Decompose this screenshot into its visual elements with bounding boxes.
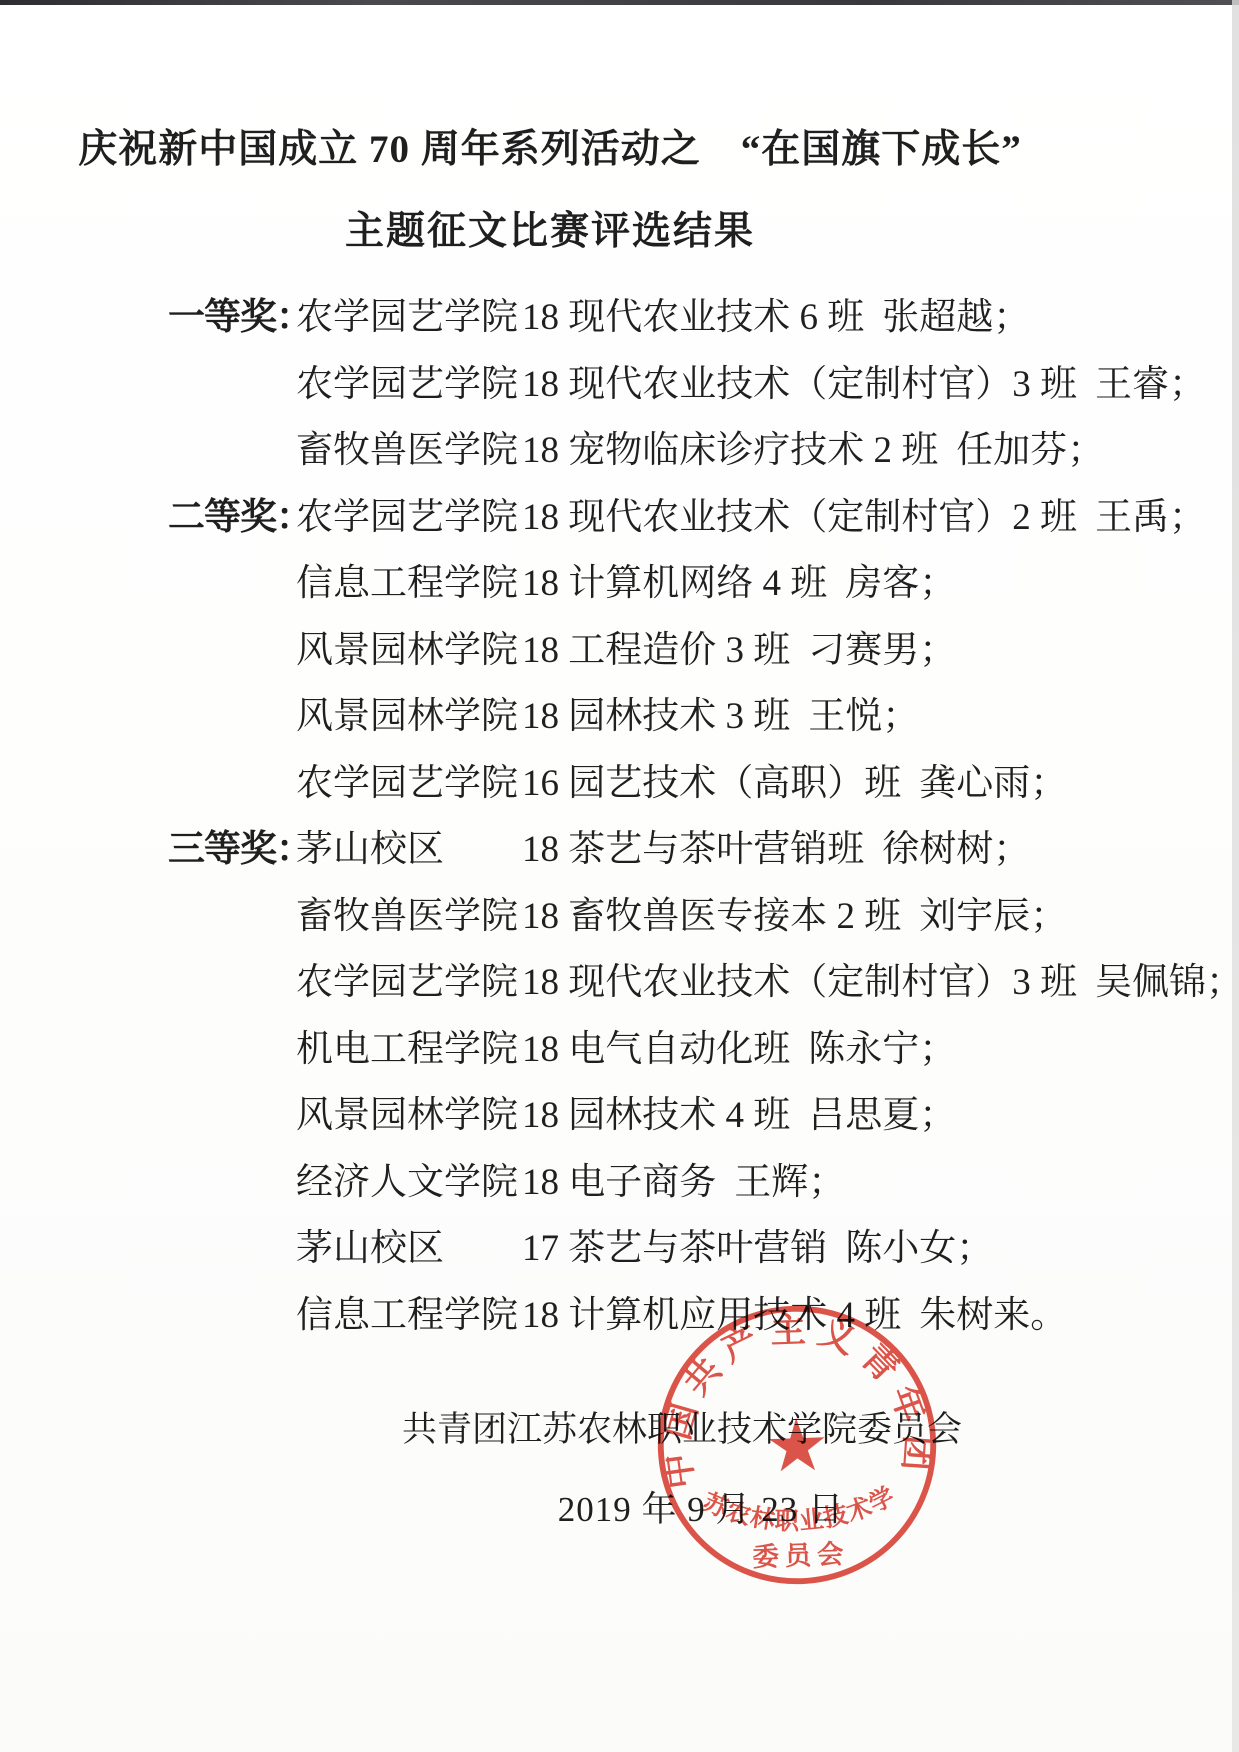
college-name: 农学园艺学院 [296,951,522,1005]
class-detail: 18 工程造价 3 班 [522,619,790,673]
class-detail: 18 电气自动化班 [522,1018,790,1072]
class-detail: 18 园林技术 3 班 [522,685,790,739]
student-name: 刁赛男； [808,619,956,673]
college-name: 信息工程学院 [296,1284,522,1338]
student-name: 陈永宁； [808,1018,956,1072]
student-name: 王悦； [808,685,919,739]
college-name: 经济人文学院 [296,1151,522,1205]
class-detail: 17 茶艺与茶叶营销 [522,1217,827,1271]
results-list: 一等奖： 农学园艺学院 18 现代农业技术 6 班 张超越； 农学园艺学院 18… [0,280,1239,1344]
result-row: 一等奖： 农学园艺学院 18 现代农业技术 6 班 张超越； [168,280,1239,347]
student-name: 龚心雨； [919,752,1067,806]
class-detail: 18 园林技术 4 班 [522,1084,790,1138]
result-row: 经济人文学院 18 电子商务 王辉； [168,1145,1239,1212]
document-title-line1: 庆祝新中国成立 70 周年系列活动之 “在国旗下成长” [0,118,1100,174]
result-row: 畜牧兽医学院 18 畜牧兽医专接本 2 班 刘宇辰； [168,879,1239,946]
star-icon: ★ [763,1404,831,1487]
college-name: 农学园艺学院 [296,486,522,540]
award-rank-label: 二等奖： [168,486,296,540]
college-name: 茅山校区 [296,1217,522,1271]
student-name: 吕思夏； [808,1084,956,1138]
result-row: 三等奖： 茅山校区 18 茶艺与茶叶营销班 徐树树； [168,812,1239,879]
result-row: 畜牧兽医学院 18 宠物临床诊疗技术 2 班 任加芬； [168,413,1239,480]
student-name: 王禹； [1095,486,1206,540]
result-row: 风景园林学院 18 园林技术 3 班 王悦； [168,679,1239,746]
student-name: 朱树来。 [919,1284,1067,1338]
class-detail: 18 宠物临床诊疗技术 2 班 [522,419,938,473]
student-name: 房客； [845,552,956,606]
college-name: 风景园林学院 [296,619,522,673]
class-detail: 18 现代农业技术（定制村官）3 班 [522,353,1077,407]
student-name: 张超越； [882,286,1030,340]
result-row: 信息工程学院 18 计算机网络 4 班 房客； [168,546,1239,613]
seal-committee-text: 委员会 [752,1539,850,1572]
award-rank-label: 一等奖： [168,286,296,340]
student-name: 任加芬； [956,419,1104,473]
college-name: 机电工程学院 [296,1018,522,1072]
student-name: 陈小女； [845,1217,993,1271]
college-name: 茅山校区 [296,818,522,872]
result-row: 农学园艺学院 18 现代农业技术（定制村官）3 班 吴佩锦； [168,945,1239,1012]
college-name: 畜牧兽医学院 [296,419,522,473]
class-detail: 18 现代农业技术（定制村官）2 班 [522,486,1077,540]
class-detail: 18 电子商务 [522,1151,716,1205]
result-row: 农学园艺学院 18 现代农业技术（定制村官）3 班 王睿； [168,347,1239,414]
document-title-line2: 主题征文比赛评选结果 [0,200,1100,256]
scanned-document-page: 庆祝新中国成立 70 周年系列活动之 “在国旗下成长” 主题征文比赛评选结果 一… [0,0,1239,1752]
scan-artifact-top-edge [0,0,1239,5]
official-red-seal: 中国共产主义青年团 ★ 江苏农林职业技术学院 委员会 [645,1293,949,1597]
result-row: 农学园艺学院 16 园艺技术（高职）班 龚心雨； [168,746,1239,813]
class-detail: 18 茶艺与茶叶营销班 [522,818,864,872]
result-row: 机电工程学院 18 电气自动化班 陈永宁； [168,1012,1239,1079]
result-row: 风景园林学院 18 工程造价 3 班 刁赛男； [168,613,1239,680]
document-title-block: 庆祝新中国成立 70 周年系列活动之 “在国旗下成长” 主题征文比赛评选结果 [0,0,1100,256]
student-name: 徐树树； [882,818,1030,872]
student-name: 刘宇辰； [919,885,1067,939]
college-name: 农学园艺学院 [296,286,522,340]
class-detail: 16 园艺技术（高职）班 [522,752,901,806]
college-name: 农学园艺学院 [296,752,522,806]
scan-artifact-right-edge [1232,0,1239,1752]
student-name: 吴佩锦； [1095,951,1239,1005]
student-name: 王辉； [734,1151,845,1205]
class-detail: 18 现代农业技术（定制村官）3 班 [522,951,1077,1005]
college-name: 农学园艺学院 [296,353,522,407]
college-name: 风景园林学院 [296,685,522,739]
class-detail: 18 畜牧兽医专接本 2 班 [522,885,901,939]
result-row: 风景园林学院 18 园林技术 4 班 吕思夏； [168,1078,1239,1145]
award-rank-label: 三等奖： [168,818,296,872]
class-detail: 18 计算机网络 4 班 [522,552,827,606]
result-row: 二等奖： 农学园艺学院 18 现代农业技术（定制村官）2 班 王禹； [168,480,1239,547]
result-row: 茅山校区 17 茶艺与茶叶营销 陈小女； [168,1211,1239,1278]
student-name: 王睿； [1095,353,1206,407]
college-name: 风景园林学院 [296,1084,522,1138]
college-name: 畜牧兽医学院 [296,885,522,939]
class-detail: 18 现代农业技术 6 班 [522,286,864,340]
college-name: 信息工程学院 [296,552,522,606]
